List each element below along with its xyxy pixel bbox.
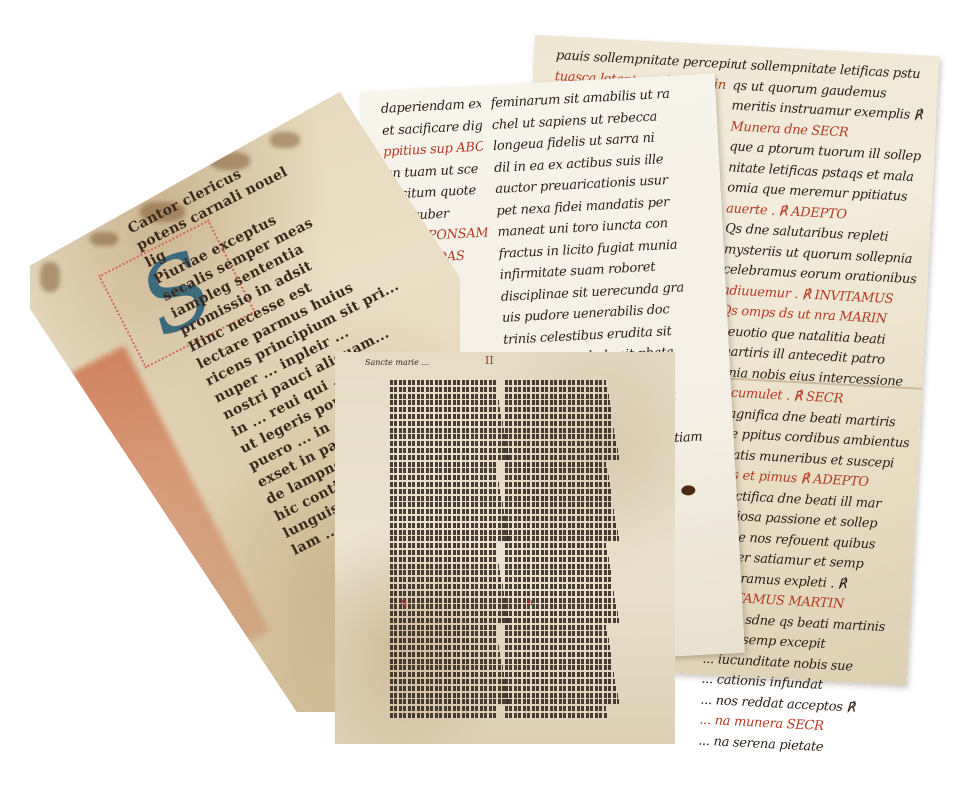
gothic-text-line <box>505 604 617 609</box>
gothic-text-line <box>505 407 611 412</box>
leaf-d-left-column <box>390 380 510 720</box>
gothic-text-line <box>505 394 609 399</box>
gothic-text-line <box>390 665 503 670</box>
gothic-text-line <box>505 672 614 677</box>
gothic-text-line <box>390 468 497 473</box>
gothic-text-line <box>505 502 613 507</box>
gothic-text-line <box>505 584 613 589</box>
gothic-text-line <box>390 441 506 446</box>
gothic-text-line <box>505 638 609 643</box>
gothic-text-line <box>505 468 607 473</box>
gothic-text-line <box>505 543 606 548</box>
gothic-text-line <box>505 570 611 575</box>
gothic-text-line <box>505 462 606 467</box>
gothic-text-line <box>390 550 497 555</box>
gothic-text-line <box>505 482 610 487</box>
gothic-text-line <box>390 502 503 507</box>
gothic-text-line <box>390 394 498 399</box>
gothic-text-line <box>505 631 607 636</box>
gothic-text-line <box>505 564 610 569</box>
gothic-text-line <box>390 706 496 711</box>
gothic-text-line <box>505 387 607 392</box>
gothic-text-line <box>390 380 496 385</box>
gothic-text-line <box>390 387 497 392</box>
leaf-d-right-column <box>505 380 620 720</box>
leaf-d-foliation: II <box>485 354 494 367</box>
gothic-text-line <box>390 631 497 636</box>
gothic-text-line <box>505 475 609 480</box>
gothic-text-line <box>505 509 614 514</box>
gothic-text-line <box>505 598 615 603</box>
gothic-text-line <box>390 482 499 487</box>
gothic-text-line <box>390 584 503 589</box>
gothic-text-line <box>390 645 499 650</box>
gothic-text-line <box>505 516 615 521</box>
gothic-text-line <box>390 523 506 528</box>
gothic-text-line <box>390 577 502 582</box>
gothic-text-line <box>390 489 500 494</box>
gothic-text-line <box>390 448 508 453</box>
gothic-text-line <box>390 699 509 704</box>
gothic-text-line <box>505 400 610 405</box>
red-initial: a <box>527 597 533 608</box>
gothic-text-line <box>505 536 619 541</box>
gothic-text-line <box>505 577 612 582</box>
gothic-text-line <box>390 428 504 433</box>
gothic-text-line <box>390 475 498 480</box>
gothic-text-line <box>390 652 500 657</box>
gothic-text-line <box>390 543 496 548</box>
gothic-text-line <box>390 570 500 575</box>
gothic-text-line <box>505 625 606 630</box>
gothic-text-line <box>390 686 506 691</box>
gothic-text-line <box>390 679 505 684</box>
gothic-text-line <box>390 407 500 412</box>
gothic-text-line <box>390 509 504 514</box>
gothic-text-line <box>390 618 509 623</box>
gothic-text-line <box>390 625 496 630</box>
gothic-text-line <box>390 421 503 426</box>
gothic-text-line <box>390 638 498 643</box>
gothic-text-line <box>505 523 617 528</box>
gothic-text-line <box>505 557 609 562</box>
gothic-text-line <box>505 489 611 494</box>
ink-stain <box>681 485 696 496</box>
gothic-text-line <box>390 557 498 562</box>
gothic-text-line <box>505 441 617 446</box>
gothic-text-line <box>505 693 618 698</box>
gothic-text-line <box>390 530 508 535</box>
gothic-text-line <box>390 414 502 419</box>
gothic-text-line <box>505 550 607 555</box>
gothic-text-line <box>505 591 614 596</box>
gothic-text-line <box>505 652 611 657</box>
gothic-text-line <box>505 665 613 670</box>
gothic-fragment-front: Sancte marie ... II q a <box>335 352 675 744</box>
gothic-text-line <box>390 659 502 664</box>
gothic-text-line <box>390 455 509 460</box>
manuscript-photo: pauis sollempnitate percepimustuasca let… <box>0 0 957 800</box>
gothic-text-line <box>505 428 614 433</box>
gothic-text-line <box>505 496 612 501</box>
gothic-text-line <box>505 421 613 426</box>
leaf-c-right-column: ut sollempnitate letificas pstuqs ut quo… <box>698 55 929 761</box>
gothic-text-line <box>505 618 619 623</box>
gothic-text-line <box>505 448 618 453</box>
red-initial: q <box>401 597 407 608</box>
gothic-text-line <box>505 455 619 460</box>
leaf-d-header: Sancte marie ... <box>365 358 429 367</box>
gothic-text-line <box>390 536 509 541</box>
gothic-text-line <box>390 564 499 569</box>
gothic-text-line <box>390 591 504 596</box>
gothic-text-line <box>505 380 606 385</box>
gothic-text-line <box>390 604 506 609</box>
gothic-text-line <box>390 462 496 467</box>
gothic-text-line <box>505 434 615 439</box>
gothic-text-line <box>390 400 499 405</box>
gothic-text-line <box>390 434 505 439</box>
gothic-text-line <box>390 713 497 718</box>
gothic-text-line <box>505 645 610 650</box>
gothic-text-line <box>505 659 612 664</box>
gothic-text-line <box>505 611 618 616</box>
gothic-text-line <box>505 686 617 691</box>
gothic-text-line <box>505 706 606 711</box>
gothic-text-line <box>390 516 505 521</box>
gothic-text-line <box>505 679 615 684</box>
gothic-text-line <box>390 496 502 501</box>
gothic-text-line <box>505 414 612 419</box>
gothic-text-line <box>505 713 607 718</box>
gothic-text-line <box>505 699 619 704</box>
gothic-text-line <box>505 530 618 535</box>
gothic-text-line <box>390 611 508 616</box>
gothic-text-line <box>390 672 504 677</box>
gothic-text-line <box>390 693 508 698</box>
